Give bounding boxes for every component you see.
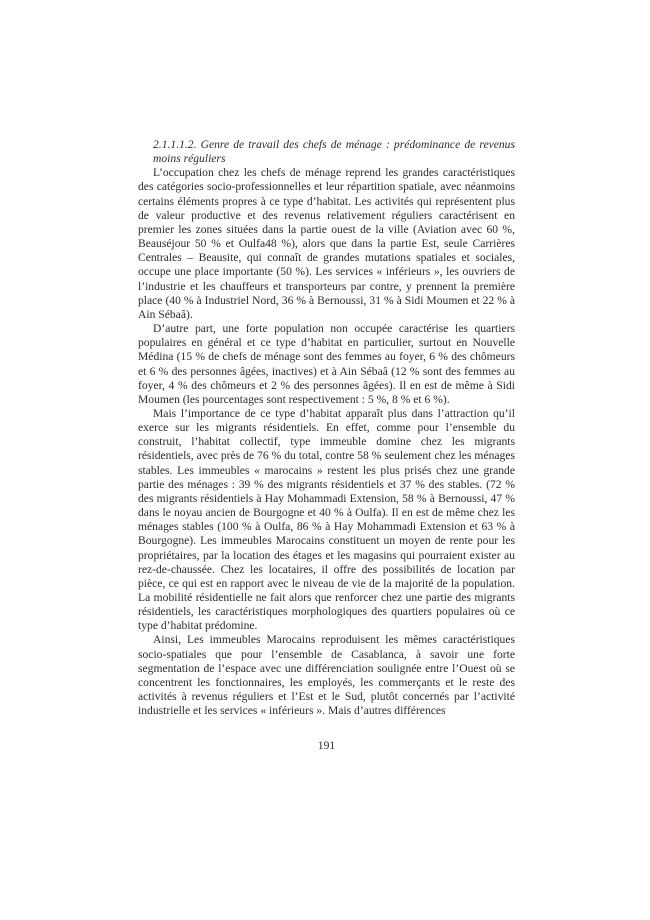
page-number: 191 [138,739,515,753]
paragraph-occupation: L’occupation chez les chefs de ménage re… [138,166,515,322]
document-page: 2.1.1.1.2. Genre de travail des chefs de… [0,0,650,920]
text-block: 2.1.1.1.2. Genre de travail des chefs de… [138,138,515,754]
section-heading: 2.1.1.1.2. Genre de travail des chefs de… [138,138,515,166]
paragraph-immeubles-marocains: Ainsi, Les immeubles Marocains reproduis… [138,633,515,718]
paragraph-population-non-occupee: D’autre part, une forte population non o… [138,322,515,407]
paragraph-migrants-residentiels: Mais l’importance de ce type d’habitat a… [138,407,515,634]
